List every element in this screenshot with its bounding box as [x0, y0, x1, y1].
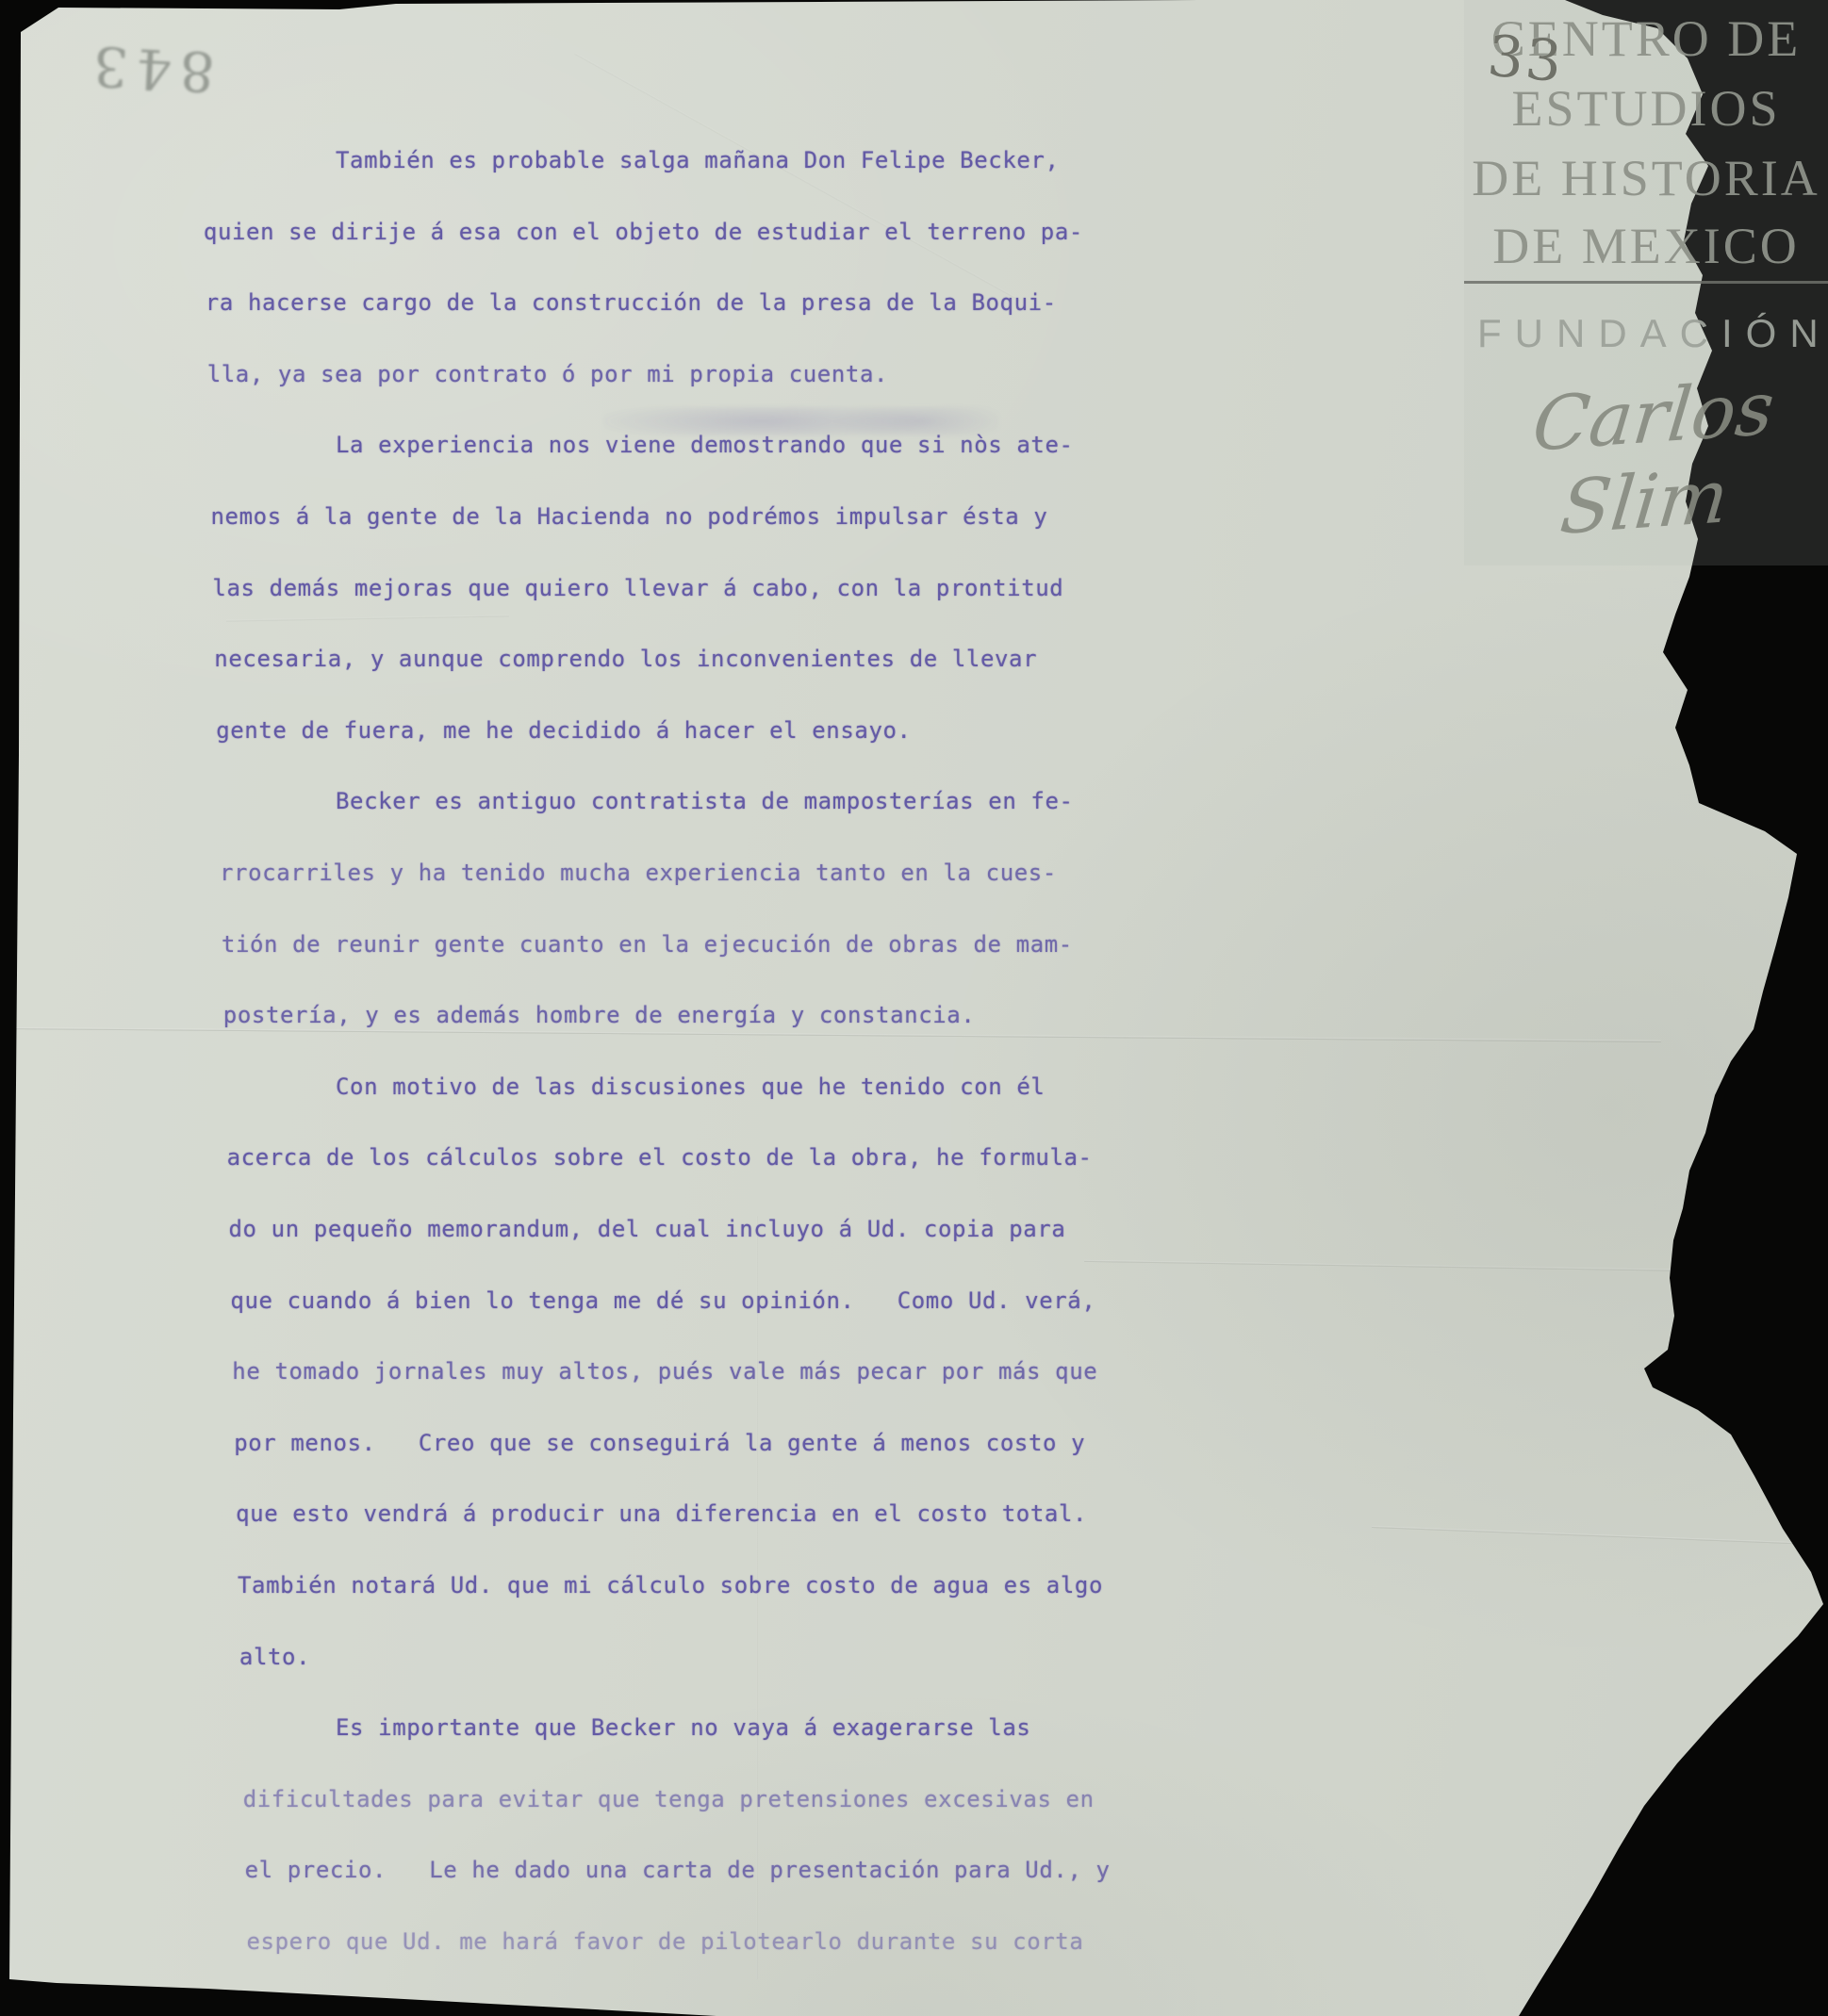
letter-line: gente de fuera, me he decidido á hacer e…	[216, 713, 911, 748]
letter-line: dificultades para evitar que tenga prete…	[243, 1781, 1095, 1817]
letter-line: quien se dirije á esa con el objeto de e…	[204, 214, 1083, 250]
watermark-foundation-label: FUNDACIÓN	[1464, 311, 1828, 356]
watermark-signature: Carlos Slim	[1452, 361, 1828, 559]
watermark-divider-rule	[1464, 281, 1828, 284]
letter-line: alto.	[239, 1639, 310, 1675]
fold-crease	[1372, 1526, 1815, 1545]
letter-line: Con motivo de las discusiones que he ten…	[336, 1069, 1045, 1105]
letter-line: las demás mejoras que quiero llevar á ca…	[212, 570, 1063, 606]
letter-line: necesaria, y aunque comprendo los inconv…	[214, 641, 1037, 677]
letter-line: postería, y es además hombre de energía …	[223, 997, 976, 1033]
watermark-institution-line: DE HISTORIA	[1464, 149, 1828, 207]
inventory-number-annotation: 33	[1485, 24, 1566, 96]
letter-line: Becker es antiguo contratista de mampost…	[336, 783, 1074, 819]
letter-line: nemos á la gente de la Hacienda no podré…	[211, 499, 1048, 534]
letter-line: espero que Ud. me hará favor de pilotear…	[247, 1924, 1084, 1959]
letter-line: he tomado jornales muy altos, pués vale …	[232, 1353, 1097, 1389]
letter-line: tión de reunir gente cuanto en la ejecuc…	[222, 926, 1073, 962]
letter-line: por menos. Creo que se conseguirá la gen…	[234, 1425, 1085, 1461]
fold-crease	[1084, 1260, 1706, 1271]
letter-line: También es probable salga mañana Don Fel…	[336, 142, 1060, 178]
letter-line: También notará Ud. que mi cálculo sobre …	[238, 1567, 1103, 1603]
letter-line: do un pequeño memorandum, del cual inclu…	[229, 1211, 1066, 1247]
letter-line: lla, ya sea por contrato ó por mi propia…	[207, 356, 888, 392]
scanned-letter-page: 843 También es probable salga mañana Don…	[0, 0, 1828, 2016]
letter-line: ra hacerse cargo de la construcción de l…	[206, 285, 1057, 320]
letter-line: La experiencia nos viene demostrando que…	[336, 427, 1074, 463]
letter-line: que cuando á bien lo tenga me dé su opin…	[230, 1283, 1095, 1319]
letter-line: que esto vendrá á producir una diferenci…	[236, 1496, 1087, 1532]
letter-line: acerca de los cálculos sobre el costo de…	[227, 1139, 1093, 1175]
fold-crease	[226, 615, 509, 621]
letter-line: el precio. Le he dado una carta de prese…	[245, 1852, 1111, 1888]
letter-line: Es importante que Becker no vaya á exage…	[336, 1710, 1030, 1746]
watermark-institution-line: DE MEXICO	[1464, 217, 1828, 275]
letter-line: rrocarriles y ha tenido mucha experienci…	[220, 855, 1057, 891]
verso-bleed-number: 843	[53, 21, 217, 105]
